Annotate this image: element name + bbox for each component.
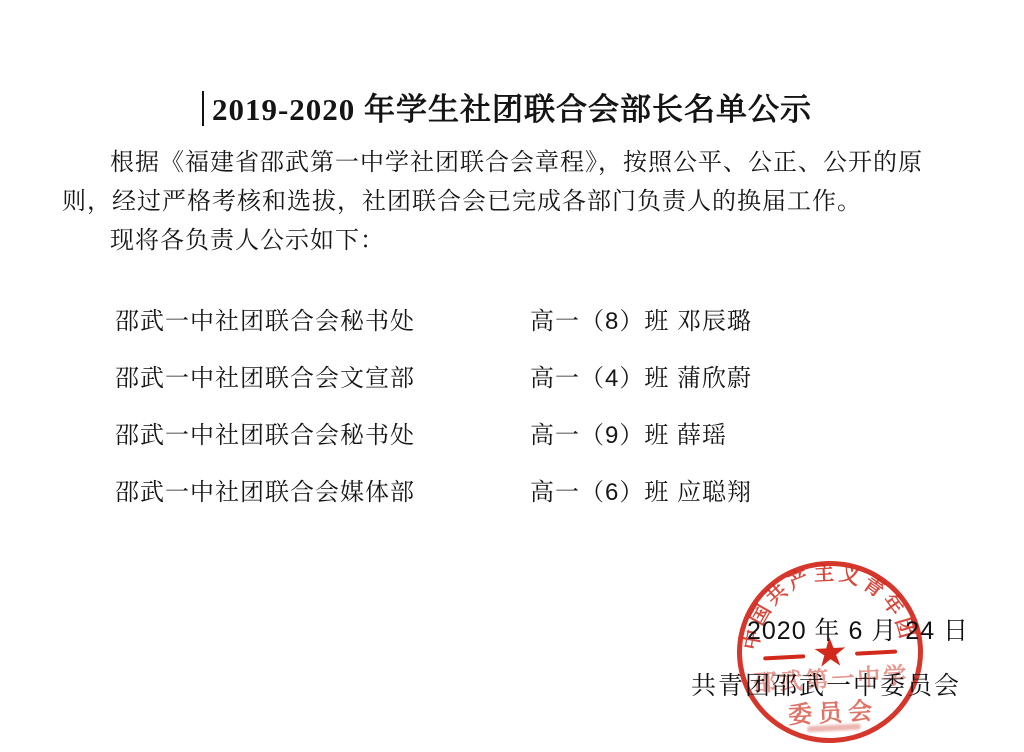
assignee-cell: 高一（4）班 蒲欣蔚 <box>530 358 835 393</box>
department-cell: 邵武一中社团联合会媒体部 <box>115 472 530 507</box>
table-row[interactable]: 邵武一中社团联合会秘书处 高一（8）班 邓辰璐 <box>115 301 835 329</box>
department-cell: 邵武一中社团联合会秘书处 <box>115 301 530 336</box>
date-text[interactable]: 2020 年 6 月 24 日 <box>747 611 969 647</box>
lead-in-paragraph[interactable]: 现将各负责人公示如下： <box>62 221 958 260</box>
department-cell: 邵武一中社团联合会文宣部 <box>115 358 530 393</box>
document-page[interactable]: 2019-2020 年学生社团联合会部长名单公示 根据《福建省邵武第一中学社团联… <box>0 0 1024 752</box>
table-row[interactable]: 邵武一中社团联合会媒体部 高一（6）班 应聪翔 <box>115 472 835 500</box>
table-row[interactable]: 邵武一中社团联合会秘书处 高一（9）班 薛瑶 <box>115 415 835 443</box>
department-cell: 邵武一中社团联合会秘书处 <box>115 415 530 450</box>
body-text-block: 根据《福建省邵武第一中学社团联合会章程》，按照公平、公正、公开的原则，经过严格考… <box>62 143 958 260</box>
assignee-cell: 高一（8）班 邓辰璐 <box>530 301 835 336</box>
official-seal[interactable]: 中国共产主义青年团 ★ 邵武第一中学 委员会 <box>732 556 927 747</box>
table-row[interactable]: 邵武一中社团联合会文宣部 高一（4）班 蒲欣蔚 <box>115 358 835 386</box>
page-title[interactable]: 2019-2020 年学生社团联合会部长名单公示 <box>0 84 1024 129</box>
appointments-list: 邵武一中社团联合会秘书处 高一（8）班 邓辰璐 邵武一中社团联合会文宣部 高一（… <box>115 301 835 529</box>
assignee-cell: 高一（9）班 薛瑶 <box>530 415 835 450</box>
assignee-cell: 高一（6）班 应聪翔 <box>530 472 835 507</box>
intro-paragraph[interactable]: 根据《福建省邵武第一中学社团联合会章程》，按照公平、公正、公开的原则，经过严格考… <box>62 143 958 221</box>
signature-text[interactable]: 共青团邵武一中委员会 <box>691 666 961 702</box>
